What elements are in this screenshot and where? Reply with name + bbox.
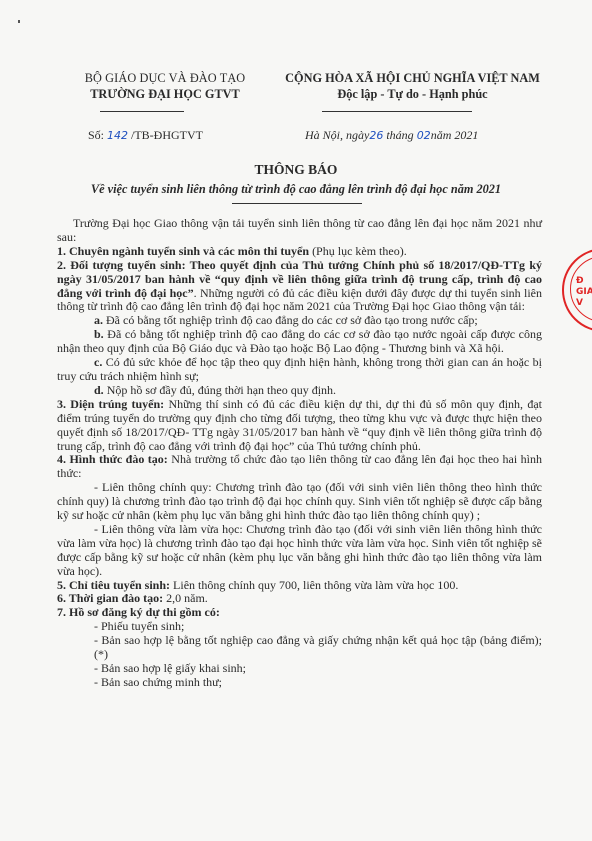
section-1-text: (Phụ lục kèm theo). [309, 244, 407, 258]
red-seal-stamp: Đ GIA V [562, 248, 592, 332]
section-1-heading: 1. Chuyên ngành tuyển sinh và các môn th… [57, 244, 309, 258]
national-heading: CỘNG HÒA XÃ HỘI CHỦ NGHĨA VIỆT NAM Độc l… [250, 71, 575, 102]
section-4-item-2: - Liên thông vừa làm vừa học: Chương trì… [57, 523, 542, 579]
document-title: THÔNG BÁO [0, 162, 592, 178]
section-2-item-c: c. Có đủ sức khỏe để học tập theo quy đị… [57, 356, 542, 384]
motto-underline [322, 111, 472, 112]
section-2-item-d: d. Nộp hồ sơ đầy đủ, đúng thời hạn theo … [57, 384, 542, 398]
school-name: TRƯỜNG ĐẠI HỌC GTVT [50, 87, 280, 102]
section-6: 6. Thời gian đào tạo: 2,0 năm. [57, 592, 542, 606]
section-3: 3. Diện trúng tuyển: Những thí sinh có đ… [57, 398, 542, 454]
section-2: 2. Đối tượng tuyển sinh: Theo quyết định… [57, 259, 542, 315]
section-1: 1. Chuyên ngành tuyển sinh và các môn th… [57, 245, 542, 259]
issuer-underline [100, 111, 184, 112]
section-6-text: 2,0 năm. [163, 591, 208, 605]
place-date: Hà Nội, ngày26 tháng 02năm 2021 [305, 128, 478, 143]
section-7-item-1: - Phiếu tuyển sinh; [57, 620, 542, 634]
section-7-item-4: - Bản sao chứng minh thư; [57, 676, 542, 690]
title-underline [232, 203, 362, 204]
section-7-item-3: - Bản sao hợp lệ giấy khai sinh; [57, 662, 542, 676]
item-text: Đã có bằng tốt nghiệp trình độ cao đẳng … [103, 313, 478, 327]
document-number: Số: 142 /TB-ĐHGTVT [88, 128, 203, 143]
section-3-heading: 3. Diện trúng tuyển: [57, 397, 164, 411]
month-handwritten: 02 [417, 129, 431, 142]
day-handwritten: 26 [369, 129, 383, 142]
item-text: Nộp hồ sơ đầy đủ, đúng thời hạn theo quy… [104, 383, 336, 397]
section-2-item-b: b. Đã có bằng tốt nghiệp trình độ cao đẳ… [57, 328, 542, 356]
section-5-text: Liên thông chính quy 700, liên thông vừa… [170, 578, 458, 592]
stamp-line: Đ [576, 276, 592, 287]
item-text: Có đủ sức khỏe để học tập theo quy định … [57, 355, 542, 383]
section-4-item-1: - Liên thông chính quy: Chương trình đào… [57, 481, 542, 523]
intro-paragraph: Trường Đại học Giao thông vận tải tuyển … [57, 217, 542, 245]
section-7-heading: 7. Hồ sơ đăng ký dự thi gồm có: [57, 605, 220, 619]
item-label: b. [94, 327, 104, 341]
issuer-block: BỘ GIÁO DỤC VÀ ĐÀO TẠO TRƯỜNG ĐẠI HỌC GT… [50, 71, 280, 102]
place-prefix: Hà Nội, ngày [305, 128, 369, 142]
item-text: Đã có bằng tốt nghiệp trình độ cao đẳng … [57, 327, 542, 355]
ministry-name: BỘ GIÁO DỤC VÀ ĐÀO TẠO [50, 71, 280, 86]
item-label: d. [94, 383, 104, 397]
document-subtitle: Về việc tuyển sinh liên thông từ trình đ… [0, 182, 592, 197]
section-6-heading: 6. Thời gian đào tạo: [57, 591, 163, 605]
motto: Độc lập - Tự do - Hạnh phúc [250, 87, 575, 102]
stamp-text: Đ GIA V [576, 276, 592, 309]
section-2-item-a: a. Đã có bằng tốt nghiệp trình độ cao đẳ… [57, 314, 542, 328]
document-page: BỘ GIÁO DỤC VÀ ĐÀO TẠO TRƯỜNG ĐẠI HỌC GT… [0, 0, 592, 841]
section-7: 7. Hồ sơ đăng ký dự thi gồm có: [57, 606, 542, 620]
doc-number-label: Số: [88, 128, 104, 142]
stamp-line: GIA [576, 287, 592, 298]
item-label: a. [94, 313, 103, 327]
section-4: 4. Hình thức đào tạo: Nhà trường tổ chức… [57, 453, 542, 481]
doc-number-suffix: /TB-ĐHGTVT [131, 128, 203, 142]
stamp-line: V [576, 298, 592, 309]
year-label: năm 2021 [431, 128, 479, 142]
section-4-heading: 4. Hình thức đào tạo: [57, 452, 168, 466]
scan-speck [18, 20, 20, 23]
section-5: 5. Chỉ tiêu tuyển sinh: Liên thông chính… [57, 579, 542, 593]
nation-name: CỘNG HÒA XÃ HỘI CHỦ NGHĨA VIỆT NAM [250, 71, 575, 86]
section-7-item-2: - Bản sao hợp lệ bằng tốt nghiệp cao đẳn… [57, 634, 542, 662]
month-label: tháng [386, 128, 413, 142]
section-5-heading: 5. Chỉ tiêu tuyển sinh: [57, 578, 170, 592]
doc-number-handwritten: 142 [107, 129, 128, 142]
document-body: Trường Đại học Giao thông vận tải tuyển … [57, 217, 542, 690]
